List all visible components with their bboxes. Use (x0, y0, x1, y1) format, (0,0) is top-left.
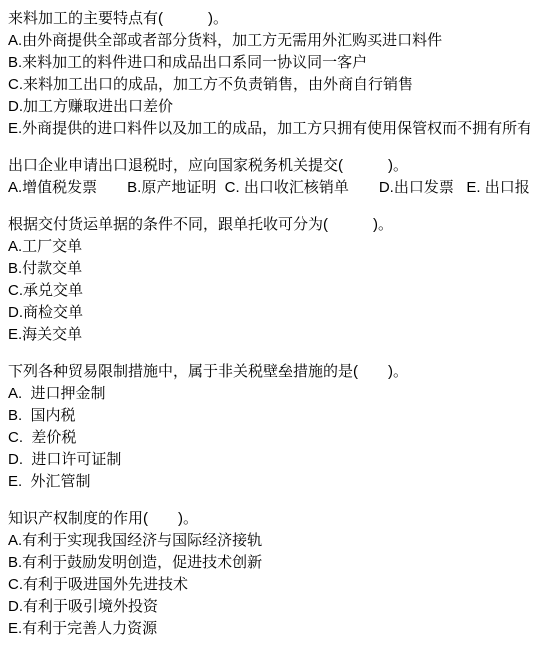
question-block-1: 来料加工的主要特点有( )。 A.由外商提供全部或者部分货料，加工方无需用外汇购… (8, 8, 530, 140)
option-d: D.有利于吸引境外投资 (8, 596, 530, 618)
question-title: 根据交付货运单据的条件不同，跟单托收可分为( )。 (8, 214, 530, 236)
option-b: B.有利于鼓励发明创造，促进技术创新 (8, 552, 530, 574)
option-a: A.工厂交单 (8, 236, 530, 258)
options-row: A.增值税发票 B.原产地证明 C. 出口收汇核销单 D.出口发票 E. 出口报… (8, 177, 530, 199)
option-c: C.有利于吸进国外先进技术 (8, 574, 530, 596)
question-block-5: 知识产权制度的作用( )。 A.有利于实现我国经济与国际经济接轨 B.有利于鼓励… (8, 508, 530, 640)
question-block-4: 下列各种贸易限制措施中，属于非关税壁垒措施的是( )。 A. 进口押金制 B. … (8, 361, 530, 493)
option-d: D.加工方赚取进出口差价 (8, 96, 530, 118)
option-c: C. 差价税 (8, 427, 530, 449)
option-b: B. 国内税 (8, 405, 530, 427)
question-title: 来料加工的主要特点有( )。 (8, 8, 530, 30)
option-c: C.来料加工出口的成品，加工方不负责销售，由外商自行销售 (8, 74, 530, 96)
option-a: A.有利于实现我国经济与国际经济接轨 (8, 530, 530, 552)
option-d: D. 进口许可证制 (8, 449, 530, 471)
option-a: A.由外商提供全部或者部分货料，加工方无需用外汇购买进口料件 (8, 30, 530, 52)
question-title: 知识产权制度的作用( )。 (8, 508, 530, 530)
question-title: 下列各种贸易限制措施中，属于非关税壁垒措施的是( )。 (8, 361, 530, 383)
option-e: E.外商提供的进口料件以及加工的成品，加工方只拥有使用保管权而不拥有所有权 (8, 118, 530, 140)
option-a: A. 进口押金制 (8, 383, 530, 405)
document-page: 来料加工的主要特点有( )。 A.由外商提供全部或者部分货料，加工方无需用外汇购… (0, 0, 536, 646)
option-c: C.承兑交单 (8, 280, 530, 302)
option-b: B.来料加工的料件进口和成品出口系同一协议同一客户 (8, 52, 530, 74)
option-d: D.商检交单 (8, 302, 530, 324)
option-b: B.付款交单 (8, 258, 530, 280)
option-e: E.有利于完善人力资源 (8, 618, 530, 640)
question-title: 出口企业申请出口退税时，应向国家税务机关提交( )。 (8, 155, 530, 177)
question-block-2: 出口企业申请出口退税时，应向国家税务机关提交( )。 A.增值税发票 B.原产地… (8, 155, 530, 199)
option-e: E.海关交单 (8, 324, 530, 346)
option-e: E. 外汇管制 (8, 471, 530, 493)
question-block-3: 根据交付货运单据的条件不同，跟单托收可分为( )。 A.工厂交单 B.付款交单 … (8, 214, 530, 346)
